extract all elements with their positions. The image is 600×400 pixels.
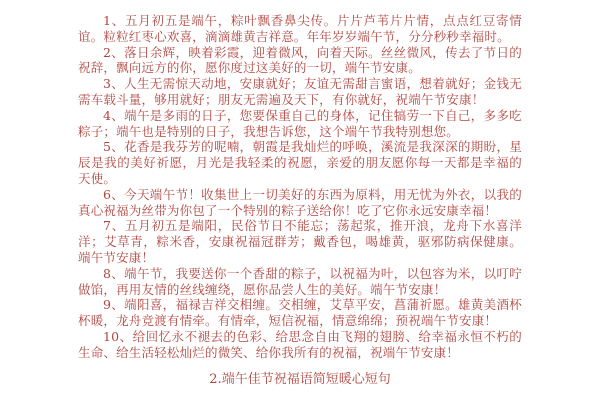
greetings-list: 1、五月初五是端午，粽叶飘香鼻尖传。片片芦苇片片情，点点红豆寄情谊。粒粒红枣心欢…: [78, 13, 522, 361]
greetings-content: 1、五月初五是端午，粽叶飘香鼻尖传。片片芦苇片片情，点点红豆寄情谊。粒粒红枣心欢…: [78, 13, 522, 388]
greeting-item: 7、五月初五是端阳，民俗节日不能忘；荡起浆，推开浪，龙舟下水喜洋洋；艾草青，粽米…: [78, 218, 522, 265]
greeting-item: 1、五月初五是端午，粽叶飘香鼻尖传。片片芦苇片片情，点点红豆寄情谊。粒粒红枣心欢…: [78, 13, 522, 45]
greeting-item: 10、给回忆永不褪去的色彩、给思念自由飞翔的翅膀、给幸福永恒不朽的生命、给生活轻…: [78, 329, 522, 361]
greeting-item: 5、花香是我芬芳的呢喃，朝霞是我灿烂的呼唤，溪流是我深深的期盼，星辰是我的美好祈…: [78, 139, 522, 186]
greeting-item: 2、落日余辉，映着彩霞，迎着微风，向着天际。丝丝微风，传去了节日的祝辞，飘向远方…: [78, 45, 522, 77]
greeting-item: 3、人生无需惊天动地，安康就好；友谊无需甜言蜜语，想着就好；金钱无需车载斗量，够…: [78, 76, 522, 108]
section-heading: 2.端午佳节祝福语简短暖心短句: [78, 372, 522, 388]
greeting-item: 4、端午是多雨的日子，您要保重自己的身体，记住犒劳一下自己，多多吃粽子；端午也是…: [78, 108, 522, 140]
greeting-item: 6、今天端午节！收集世上一切美好的东西为原料，用无忧为外衣，以我的真心祝福为丝带…: [78, 187, 522, 219]
greeting-item: 9、端阳喜，福禄吉祥交相缠。交相缠，艾草平安，菖蒲祈愿。雄黄美酒杯杯暖，龙舟竞渡…: [78, 297, 522, 329]
document-page: 1、五月初五是端午，粽叶飘香鼻尖传。片片芦苇片片情，点点红豆寄情谊。粒粒红枣心欢…: [0, 0, 600, 400]
greeting-item: 8、端午节，我要送你一个香甜的粽子，以祝福为叶，以包容为米，以叮咛做馅，再用友情…: [78, 266, 522, 298]
